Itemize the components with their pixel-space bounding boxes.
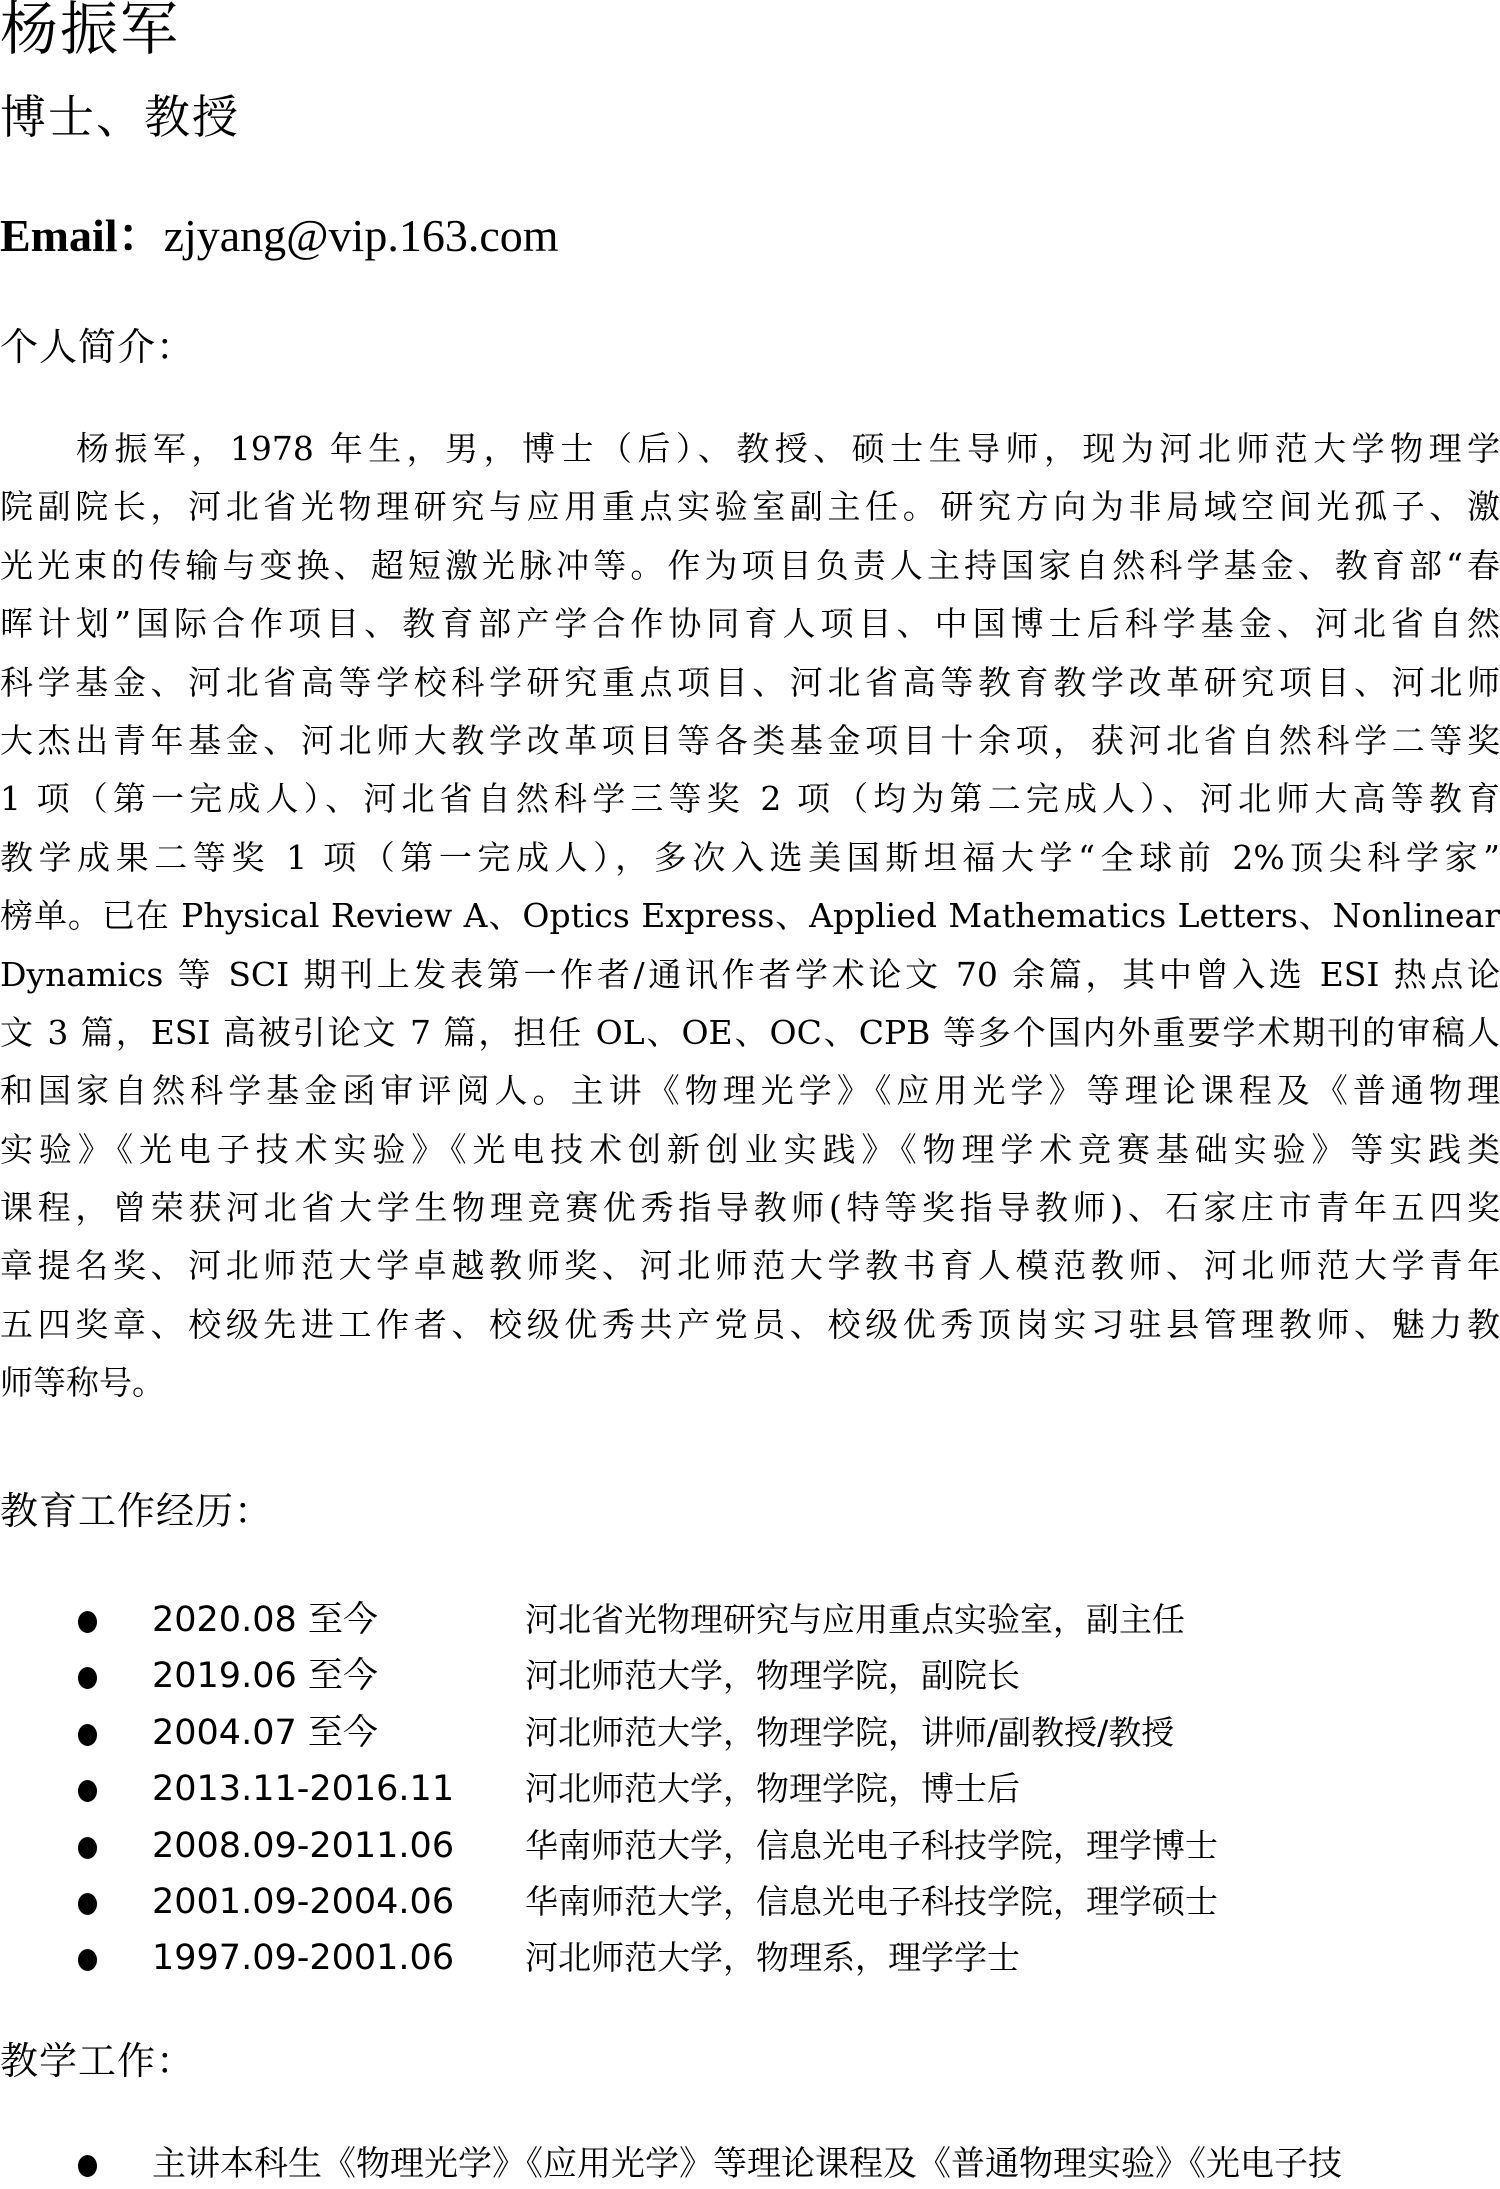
profile-line: 章提名奖、河北师范大学卓越教师奖、河北师范大学教书育人模范教师、河北师范大学青年: [0, 1237, 1500, 1295]
degree-title: 博士、教授: [0, 88, 240, 148]
bullet-icon: [78, 1837, 97, 1859]
section-title-profile: 个人简介：: [0, 322, 195, 374]
experience-item: 1997.09-2001.06 河北师范大学，物理系，理学学士: [0, 1930, 1500, 1986]
experience-date: 2008.09-2011.06: [152, 1818, 454, 1874]
bullet-icon: [78, 1611, 97, 1633]
profile-line: Dynamics 等 SCI 期刊上发表第一作者/通讯作者学术论文 70 余篇，…: [0, 946, 1500, 1004]
experience-desc: 华南师范大学，信息光电子科技学院，理学硕士: [525, 1874, 1218, 1930]
profile-line: 教学成果二等奖 1 项（第一完成人），多次入选美国斯坦福大学“全球前 2%顶尖科…: [0, 829, 1500, 887]
email-value: zjyang@vip.163.com: [164, 210, 559, 261]
email-line: Email：zjyang@vip.163.com: [0, 206, 559, 266]
email-label: Email：: [0, 210, 164, 261]
experience-desc: 河北师范大学，物理学院，副院长: [525, 1648, 1020, 1704]
profile-line: 文 3 篇，ESI 高被引论文 7 篇，担任 OL、OE、OC、CPB 等多个国…: [0, 1004, 1500, 1062]
experience-list: 2020.08 至今 河北省光物理研究与应用重点实验室，副主任 2019.06 …: [0, 1592, 1500, 1987]
experience-date: 2013.11-2016.11: [152, 1761, 454, 1817]
profile-line: 杨振军，1978 年生，男，博士（后）、教授、硕士生导师，现为河北师范大学物理学: [0, 420, 1500, 478]
experience-desc: 河北师范大学，物理学院，讲师/副教授/教授: [525, 1705, 1174, 1761]
profile-line: 晖计划”国际合作项目、教育部产学合作协同育人项目、中国博士后科学基金、河北省自然: [0, 595, 1500, 653]
profile-line: 课程，曾荣获河北省大学生物理竞赛优秀指导教师(特等奖指导教师)、石家庄市青年五四…: [0, 1179, 1500, 1237]
bullet-icon: [78, 1667, 97, 1689]
profile-line: 师等称号。: [0, 1354, 1500, 1412]
profile-line: 院副院长，河北省光物理研究与应用重点实验室副主任。研究方向为非局域空间光孤子、激: [0, 478, 1500, 536]
experience-item: 2013.11-2016.11 河北师范大学，物理学院，博士后: [0, 1761, 1500, 1817]
profile-line: 榜单。已在 Physical Review A、Optics Express、A…: [0, 887, 1500, 945]
experience-desc: 华南师范大学，信息光电子科技学院，理学博士: [525, 1818, 1218, 1874]
bullet-icon: [78, 1724, 97, 1746]
person-name: 杨振军: [0, 0, 180, 66]
experience-item: 2020.08 至今 河北省光物理研究与应用重点实验室，副主任: [0, 1592, 1500, 1648]
experience-date: 2020.08 至今: [152, 1592, 378, 1648]
profile-line: 科学基金、河北省高等学校科学研究重点项目、河北省高等教育教学改革研究项目、河北师: [0, 654, 1500, 712]
profile-line: 大杰出青年基金、河北师大教学改革项目等各类基金项目十余项，获河北省自然科学二等奖: [0, 712, 1500, 770]
experience-date: 2001.09-2004.06: [152, 1874, 454, 1930]
profile-paragraph: 杨振军，1978 年生，男，博士（后）、教授、硕士生导师，现为河北师范大学物理学…: [0, 420, 1500, 1413]
section-title-teaching: 教学工作：: [0, 2036, 195, 2088]
teaching-list: 主讲本科生《物理光学》《应用光学》等理论课程及《普通物理实验》《光电子技: [0, 2136, 1500, 2189]
experience-item: 2001.09-2004.06 华南师范大学，信息光电子科技学院，理学硕士: [0, 1874, 1500, 1930]
teaching-text: 主讲本科生《物理光学》《应用光学》等理论课程及《普通物理实验》《光电子技: [152, 2136, 1342, 2189]
profile-line: 五四奖章、校级先进工作者、校级优秀共产党员、校级优秀顶岗实习驻县管理教师、魅力教: [0, 1296, 1500, 1354]
section-title-experience: 教育工作经历：: [0, 1486, 273, 1538]
experience-desc: 河北省光物理研究与应用重点实验室，副主任: [525, 1592, 1185, 1648]
experience-item: 2019.06 至今 河北师范大学，物理学院，副院长: [0, 1648, 1500, 1704]
bullet-icon: [78, 2155, 97, 2177]
experience-desc: 河北师范大学，物理学院，博士后: [525, 1761, 1020, 1817]
experience-date: 2019.06 至今: [152, 1648, 378, 1704]
experience-item: 2004.07 至今 河北师范大学，物理学院，讲师/副教授/教授: [0, 1705, 1500, 1761]
bullet-icon: [78, 1780, 97, 1802]
profile-line: 实验》《光电子技术实验》《光电技术创新创业实践》《物理学术竞赛基础实验》等实践类: [0, 1121, 1500, 1179]
experience-desc: 河北师范大学，物理系，理学学士: [525, 1930, 1020, 1986]
profile-line: 和国家自然科学基金函审评阅人。主讲《物理光学》《应用光学》等理论课程及《普通物理: [0, 1062, 1500, 1120]
bullet-icon: [78, 1893, 97, 1915]
experience-date: 2004.07 至今: [152, 1705, 378, 1761]
profile-line: 1 项（第一完成人）、河北省自然科学三等奖 2 项（均为第二完成人）、河北师大高…: [0, 770, 1500, 828]
teaching-item: 主讲本科生《物理光学》《应用光学》等理论课程及《普通物理实验》《光电子技: [0, 2136, 1500, 2189]
experience-item: 2008.09-2011.06 华南师范大学，信息光电子科技学院，理学博士: [0, 1818, 1500, 1874]
profile-line: 光光束的传输与变换、超短激光脉冲等。作为项目负责人主持国家自然科学基金、教育部“…: [0, 537, 1500, 595]
experience-date: 1997.09-2001.06: [152, 1930, 454, 1986]
bullet-icon: [78, 1949, 97, 1971]
